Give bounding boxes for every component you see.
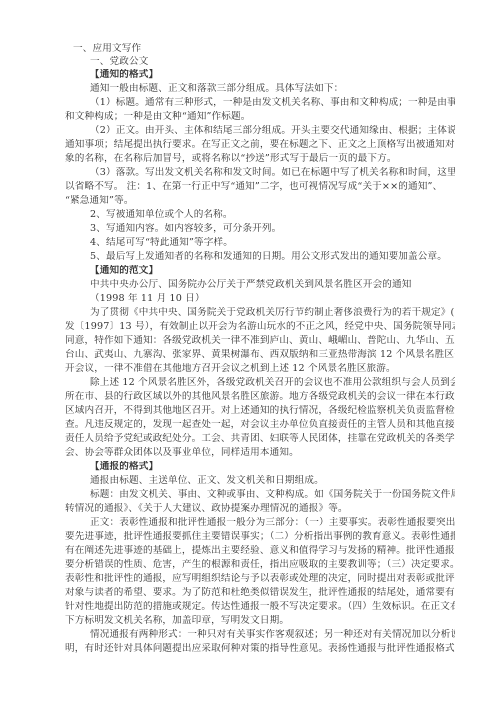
- text-line: “紧急通知”等。: [65, 195, 455, 207]
- text-line: 发〔1997〕13 号），有效制止以开会为名游山玩水的不正之风，经党中央、国务院…: [65, 321, 455, 333]
- text-line: （3）落款。写出发文机关名称和发文时间。如已在标题中写了机关名称和时间，这里可: [90, 167, 455, 179]
- text-line: 标题：由发文机关、事由、文种或事由、文种构成。如《国务院关于一份国务院文件周: [90, 489, 455, 501]
- text-line: 4、结尾可写“特此通知”等字样。: [90, 237, 455, 249]
- text-line: 除上述 12 个风景名胜区外，各级党政机关召开的会议也不准用公款组织与会人员到会…: [90, 377, 455, 389]
- text-line: （2）正文。由开头、主体和结尾三部分组成。开头主要交代通知缘由、根据；主体说明: [90, 125, 455, 137]
- text-line: 同意，特作如下通知：各级党政机关一律不准到庐山、黄山、峨嵋山、普陀山、九华山、五: [65, 335, 455, 347]
- text-line: 有在阐述先进事迹的基础上，提炼出主要经验、意义和值得学习与发扬的精神。批评性通报: [65, 545, 455, 557]
- text-line: 象的名称，在名称后加冒号，或将名称以“抄送”形式写于最后一页的最下方。: [65, 153, 455, 165]
- text-line: 一、党政公文: [90, 56, 455, 68]
- text-line: 台山、武夷山、九寨沟、张家界、黄果树瀑布、西双版纳和三亚热带海滨 12 个风景名…: [65, 349, 455, 361]
- text-line: 一、应用文写作: [73, 43, 455, 55]
- text-line: 正文：表彰性通报和批评性通报一般分为三部分：（一）主要事实。表彰性通报要突出主: [90, 517, 455, 529]
- text-line: 中共中央办公厅、国务院办公厅关于严禁党政机关到风景名胜区开会的通知: [90, 279, 455, 291]
- text-line: 通知一般由标题、正文和落款三部分组成。具体写法如下：: [90, 83, 455, 95]
- text-line: 通报由标题、主送单位、正文、发文机关和日期组成。: [90, 475, 455, 487]
- document-page: 一、应用文写作一、党政公文【通知的格式】通知一般由标题、正文和落款三部分组成。具…: [0, 0, 496, 702]
- text-line: 查。凡违反规定的，发现一起查处一起，对会议主办单位负直接责任的主管人员和其他直接: [65, 419, 455, 431]
- text-line: 下方标明发文机关名称，加盖印章，写明发文日期。: [65, 615, 455, 627]
- text-line: 以省略不写。 注：1、在第一行正中写“通知”二字，也可视情况写成“关于××的通知…: [65, 181, 455, 193]
- text-line: 责任人员给予党纪或政纪处分。工会、共青团、妇联等人民团体，挂靠在党政机关的各类学: [65, 433, 455, 445]
- text-line: 对象与读者的希望、要求。为了防范和杜绝类似错误发生，批评性通报的结尾处，通常要有: [65, 587, 455, 599]
- text-line: 通知事项；结尾提出执行要求。在写正文之前，要在标题之下、正文之上顶格写出被通知对: [65, 139, 455, 151]
- text-line: 针对性地提出防范的措施或规定。传达性通报一般不写决定要求。（四）生效标识。在正文…: [65, 601, 455, 613]
- text-line: 要先进事迹，批评性通报要抓住主要错误事实；（二）分析指出事例的教育意义。表彰性通…: [65, 531, 455, 543]
- text-line: 明，有时还针对具体问题提出应采取何种对策的指导性意见。表扬性通报与批评性通报格式: [65, 643, 455, 655]
- text-line: 和文种构成；一种是由文种“通知”作标题。: [65, 111, 455, 123]
- text-line: 为了贯彻《中共中央、国务院关于党政机关厉行节约制止奢侈浪费行为的若干规定》(中: [90, 307, 455, 319]
- text-line: 2、写被通知单位或个人的名称。: [90, 209, 455, 221]
- text-line: 开会议，一律不准借在其他地方召开会议之机到上述 12 个风景名胜区旅游。: [65, 363, 455, 375]
- section-heading: 【通报的格式】: [90, 461, 455, 473]
- section-heading: 【通知的范文】: [90, 265, 455, 277]
- text-line: 情况通报有两种形式：一种只对有关事实作客观叙述；另一种还对有关情况加以分析说: [90, 629, 455, 641]
- text-line: 区域内召开，不得到其他地区召开。对上述通知的执行情况，各级纪检监察机关负责监督检: [65, 405, 455, 417]
- text-line: 会、协会等群众团体以及事业单位，同样适用本通知。: [65, 447, 455, 459]
- section-heading: 【通知的格式】: [90, 69, 455, 81]
- text-line: 转情况的通报》、《关于人大建议、政协提案办理情况的通报》等。: [65, 503, 455, 515]
- text-line: 要分析错误的性质、危害，产生的根源和责任，指出应吸取的主要教训等；（三）决定要求…: [65, 559, 455, 571]
- text-line: 所在市、县的行政区域以外的其他风景名胜区旅游。地方各级党政机关的会议一律在本行政: [65, 391, 455, 403]
- text-line: 3、写通知内容。如内容较多，可分条开列。: [90, 223, 455, 235]
- text-line: （1）标题。通常有三种形式，一种是由发文机关名称、事由和文种构成；一种是由事由: [90, 97, 455, 109]
- text-line: 5、最后写上发通知者的名称和发通知的日期。用公文形式发出的通知要加盖公章。: [90, 251, 455, 263]
- text-line: 表彰性和批评性的通报，应写明组织结论与予以表彰或处理的决定，同时提出对表彰或批评: [65, 573, 455, 585]
- text-line: （1998 年 11 月 10 日）: [90, 293, 455, 305]
